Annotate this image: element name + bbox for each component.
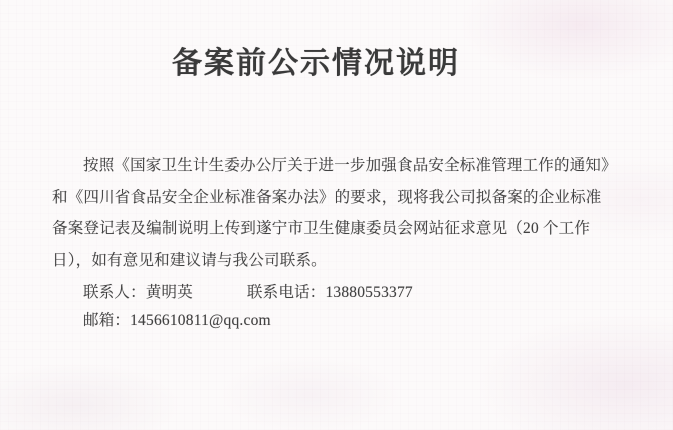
- paragraph-line-1: 按照《国家卫生计生委办公厅关于进一步加强食品安全标准管理工作的通知》: [52, 150, 614, 182]
- contact-email-address: 1456610811@qq.com: [130, 312, 271, 329]
- contact-person-name: 黄明英: [146, 284, 193, 301]
- contact-phone-label: 联系电话：: [247, 284, 326, 301]
- contact-person-label: 联系人：: [83, 284, 146, 301]
- paragraph-line-2: 和《四川省食品安全企业标准备案办法》的要求，现将我公司拟备案的企业标准: [52, 182, 614, 214]
- paragraph-line-4: 日），如有意见和建议请与我公司联系。: [52, 245, 614, 277]
- scanned-document-page: 备案前公示情况说明 按照《国家卫生计生委办公厅关于进一步加强食品安全标准管理工作…: [0, 0, 673, 430]
- contact-info: 联系人：黄明英联系电话：13880553377 邮箱：1456610811@qq…: [83, 279, 413, 335]
- contact-row-person-phone: 联系人：黄明英联系电话：13880553377: [83, 279, 413, 307]
- document-title: 备案前公示情况说明: [0, 38, 632, 82]
- contact-email-label: 邮箱：: [83, 312, 130, 329]
- document-paragraph: 按照《国家卫生计生委办公厅关于进一步加强食品安全标准管理工作的通知》 和《四川省…: [52, 150, 614, 276]
- contact-row-email: 邮箱：1456610811@qq.com: [83, 307, 413, 335]
- contact-phone-number: 13880553377: [325, 284, 412, 301]
- paragraph-line-3: 备案登记表及编制说明上传到遂宁市卫生健康委员会网站征求意见（20 个工作: [52, 213, 614, 245]
